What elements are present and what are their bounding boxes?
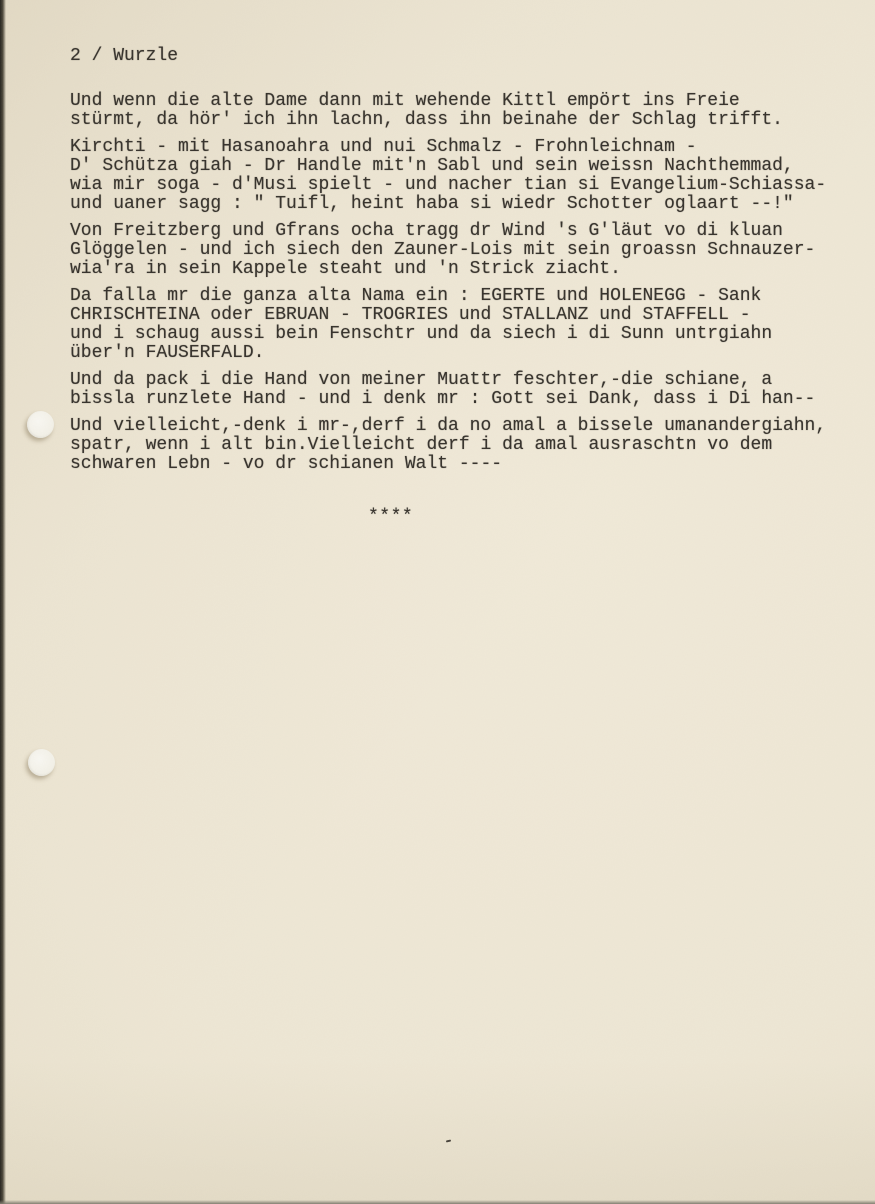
hole-punch-top [27, 411, 54, 438]
paragraph: Und vielleicht,-denk i mr-,derf i da no … [70, 417, 850, 474]
hole-punch-bottom [28, 749, 55, 776]
asterisk-separator: **** [70, 508, 850, 527]
scan-edge-left [0, 0, 6, 1204]
paragraph: Kirchti - mit Hasanoahra und nui Schmalz… [70, 138, 850, 214]
paragraph: Da falla mr die ganza alta Nama ein : EG… [70, 287, 850, 363]
page-number-header: 2 / Wurzle [70, 47, 850, 66]
paragraph: Und wenn die alte Dame dann mit wehende … [70, 92, 850, 130]
typewritten-text-block: 2 / Wurzle Und wenn die alte Dame dann m… [70, 47, 850, 527]
paragraph: Von Freitzberg und Gfrans ocha tragg dr … [70, 222, 850, 279]
scan-edge-bottom [0, 1200, 875, 1204]
paragraph: Und da pack i die Hand von meiner Muattr… [70, 371, 850, 409]
